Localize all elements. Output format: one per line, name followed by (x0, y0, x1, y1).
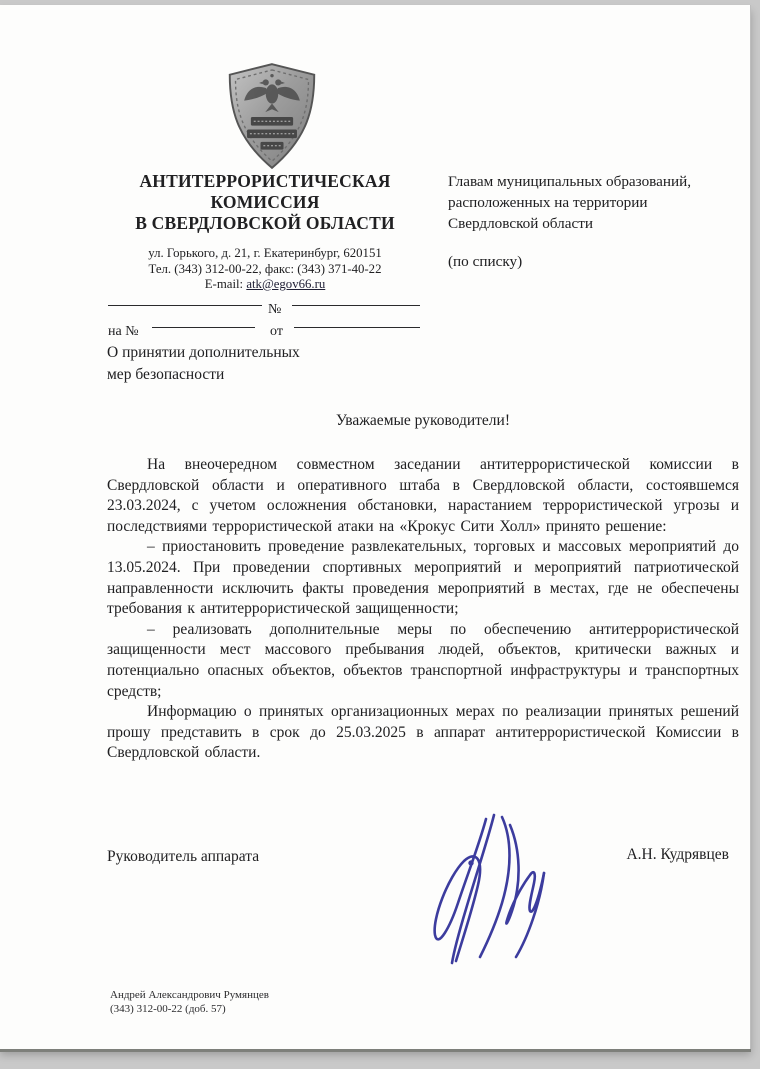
reply-number-label: на № (108, 324, 139, 340)
outgoing-date-blank-line (108, 291, 262, 306)
subject-line: О принятии дополнительных (107, 342, 437, 364)
org-name-line: АНТИТЕРРОРИСТИЧЕСКАЯ (80, 171, 450, 192)
shield-double-eagle-emblem-icon (224, 62, 320, 170)
scanned-letter-background: { "document": { "org": { "emblem_icon": … (0, 0, 760, 1069)
letter-page: АНТИТЕРРОРИСТИЧЕСКАЯ КОМИССИЯ В СВЕРДЛОВ… (0, 5, 751, 1049)
subject-block: О принятии дополнительных мер безопаснос… (107, 342, 437, 386)
executor-phone: (343) 312-00-22 (доб. 57) (110, 1003, 269, 1017)
body-paragraph: Информацию о принятых организационных ме… (107, 702, 739, 764)
body-paragraph: – реализовать дополнительные меры по обе… (107, 620, 739, 702)
org-phone-fax: Тел. (343) 312-00-22, факс: (343) 371-40… (80, 262, 450, 278)
email-label: E-mail: (205, 277, 247, 291)
org-address: ул. Горького, д. 21, г. Екатеринбург, 62… (80, 246, 450, 262)
recipient-line: Свердловской области (448, 213, 743, 234)
executor-contact-block: Андрей Александрович Румянцев (343) 312-… (110, 989, 269, 1016)
body-paragraph: На внеочередном совместном заседании ант… (107, 455, 739, 537)
executor-name: Андрей Александрович Румянцев (110, 989, 269, 1003)
handwritten-ink-signature-icon (424, 811, 556, 973)
letter-body: Уважаемые руководители! На внеочередном … (107, 412, 739, 764)
recipient-line: расположенных на территории (448, 192, 743, 213)
outgoing-number-blank-line (292, 291, 420, 306)
recipient-line: Главам муниципальных образований, (448, 171, 743, 192)
reply-number-blank-line (152, 313, 255, 328)
recipient-block: Главам муниципальных образований, распол… (448, 171, 743, 234)
org-contacts-block: ул. Горького, д. 21, г. Екатеринбург, 62… (80, 246, 450, 293)
signer-position-title: Руководитель аппарата (107, 848, 259, 866)
reply-date-label: от (270, 324, 283, 340)
salutation: Уважаемые руководители! (107, 412, 739, 430)
org-name-line: В СВЕРДЛОВСКОЙ ОБЛАСТИ (80, 213, 450, 234)
number-label: № (268, 302, 281, 318)
org-name-block: АНТИТЕРРОРИСТИЧЕСКАЯ КОМИССИЯ В СВЕРДЛОВ… (80, 171, 450, 234)
org-name-line: КОМИССИЯ (80, 192, 450, 213)
email-link[interactable]: atk@egov66.ru (246, 277, 325, 291)
reply-date-blank-line (294, 313, 420, 328)
body-paragraph: – приостановить проведение развлекательн… (107, 537, 739, 619)
subject-line: мер безопасности (107, 364, 437, 386)
signer-name: А.Н. Кудрявцев (626, 846, 729, 864)
recipient-note: (по списку) (448, 253, 648, 271)
